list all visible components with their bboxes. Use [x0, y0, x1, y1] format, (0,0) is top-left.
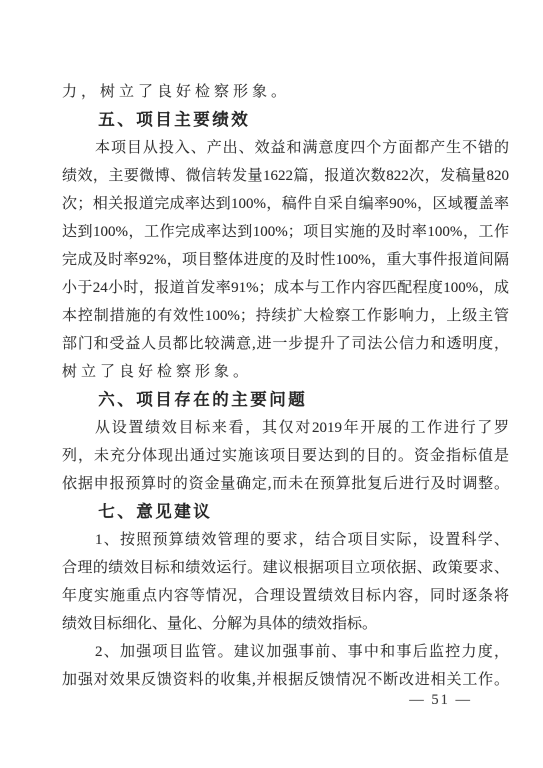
body-line: 本控制措施的有效性100%；持续扩大检察工作影响力，上级主管: [62, 302, 509, 330]
section-heading-5: 五、项目主要绩效: [62, 106, 509, 134]
body-line: 本项目从投入、产出、效益和满意度四个方面都产生不错的: [62, 134, 509, 162]
body-line: 树立了良好检察形象。: [62, 358, 509, 386]
section-heading-7: 七、意见建议: [62, 498, 509, 526]
body-line: 力，树立了良好检察形象。: [62, 78, 509, 106]
section-heading-6: 六、项目存在的主要问题: [62, 386, 509, 414]
body-line: 部门和受益人员都比较满意,进一步提升了司法公信力和透明度，: [62, 330, 509, 358]
document-page: 力，树立了良好检察形象。 五、项目主要绩效 本项目从投入、产出、效益和满意度四个…: [0, 0, 543, 768]
body-line: 从设置绩效目标来看，其仅对2019年开展的工作进行了罗: [62, 414, 509, 442]
body-line: 小于24小时，报道首发率91%；成本与工作内容匹配程度100%，成: [62, 274, 509, 302]
body-line: 列，未充分体现出通过实施该项目要达到的目的。资金指标值是: [62, 442, 509, 470]
body-line: 年度实施重点内容等情况，合理设置绩效目标内容，同时逐条将: [62, 582, 509, 610]
body-line: 2、加强项目监管。建议加强事前、事中和事后监控力度，: [62, 638, 509, 666]
body-line: 完成及时率92%，项目整体进度的及时性100%，重大事件报道间隔: [62, 246, 509, 274]
body-line: 合理的绩效目标和绩效运行。建议根据项目立项依据、政策要求、: [62, 554, 509, 582]
body-line: 1、按照预算绩效管理的要求，结合项目实际，设置科学、: [62, 526, 509, 554]
body-line: 达到100%，工作完成率达到100%；项目实施的及时率100%，工作: [62, 218, 509, 246]
body-line: 次；相关报道完成率达到100%，稿件自采自编率90%，区域覆盖率: [62, 190, 509, 218]
body-line: 绩效目标细化、量化、分解为具体的绩效指标。: [62, 610, 509, 638]
body-line: 依据申报预算时的资金量确定,而未在预算批复后进行及时调整。: [62, 470, 509, 498]
body-line: 绩效，主要微博、微信转发量1622篇，报道次数822次，发稿量820: [62, 162, 509, 190]
document-body: 力，树立了良好检察形象。 五、项目主要绩效 本项目从投入、产出、效益和满意度四个…: [62, 78, 509, 694]
page-number: — 51 —: [409, 690, 472, 710]
